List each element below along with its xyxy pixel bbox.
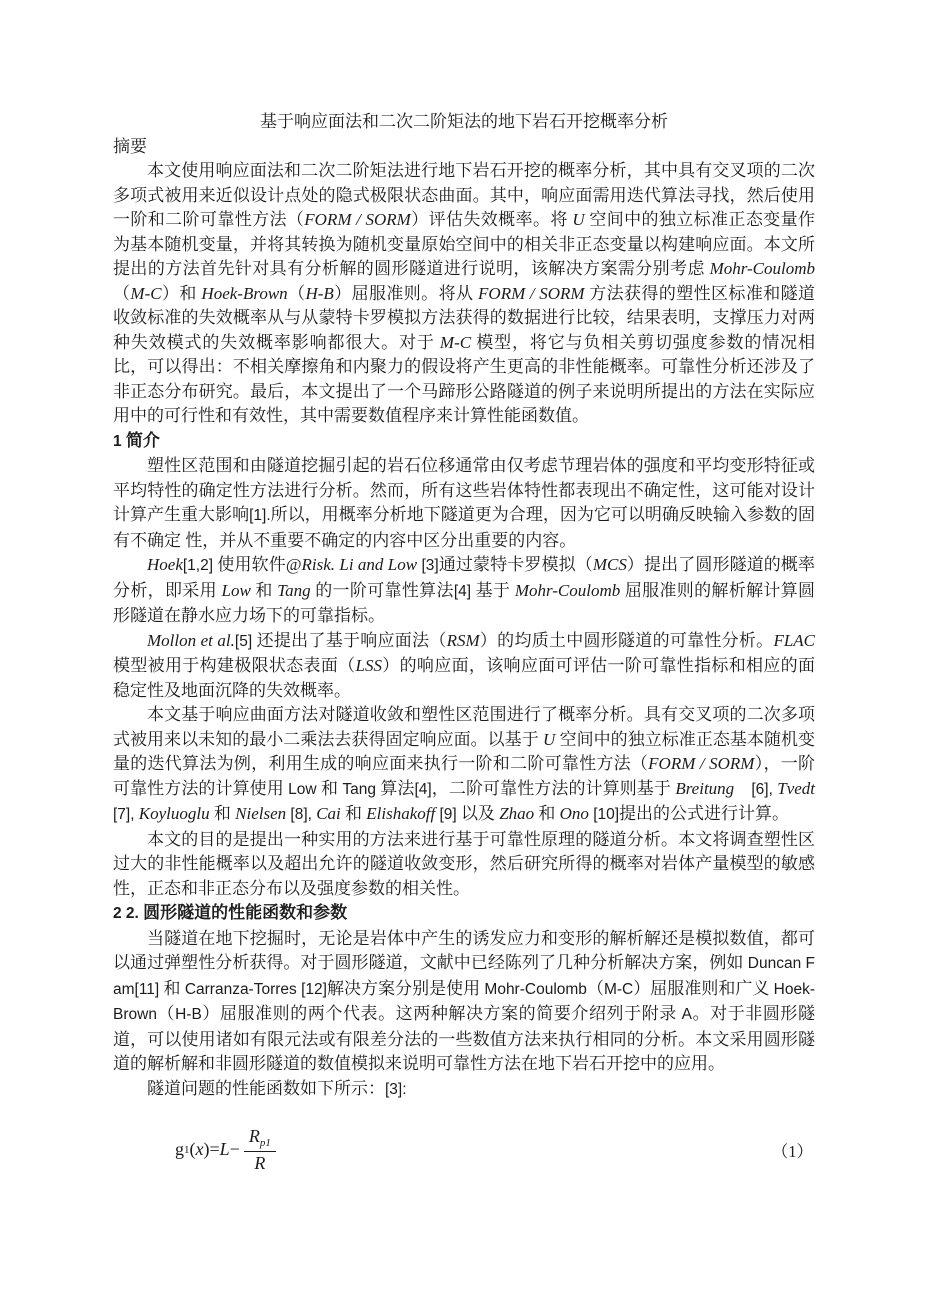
text-run: FORM / SORM — [478, 284, 585, 303]
text-run: Zhao — [499, 804, 534, 823]
text-run: 算法 — [376, 779, 415, 798]
text-run: [4] — [414, 781, 431, 798]
text-run — [734, 779, 751, 798]
abstract-label: 摘要 — [113, 135, 815, 160]
text-run: FORM / SORM — [304, 210, 411, 229]
text-run: ）和 — [162, 284, 202, 303]
text-run: 2 2. — [113, 905, 143, 922]
text-run: [9] — [439, 806, 456, 823]
paragraph-tunnel-solutions: 当隧道在地下挖掘时，无论是岩体中产生的诱发应力和变形的解析解还是模拟数值，都可以… — [113, 927, 815, 1077]
text-run: R — [254, 1153, 265, 1173]
equation-lhs: g1(x) = L − — [175, 1139, 240, 1160]
text-run: 通过蒙特卡罗模拟（ — [439, 555, 593, 574]
text-run: Cai — [316, 804, 341, 823]
text-run: 1 — [113, 433, 126, 450]
text-run: Nielsen — [235, 804, 286, 823]
text-run: ）的均质土中圆形隧道的可靠性分析。 — [480, 631, 774, 650]
text-run: Low — [288, 781, 316, 798]
text-run: （ — [157, 1004, 175, 1023]
text-run: 本文的目的是提出一种实用的方法来进行基于可靠性原理的隧道分析。本文将调查塑性区过… — [113, 830, 815, 898]
document-page: 基于响应面法和二次二阶矩法的地下岩石开挖概率分析 摘要 本文使用响应面法和二次二… — [0, 0, 926, 1309]
text-run: 基于 — [471, 581, 515, 600]
paragraph-hoek-li-low: Hoek[1,2] 使用软件@Risk. Li and Low [3]通过蒙特卡… — [113, 553, 815, 629]
text-run: LSS — [356, 656, 382, 675]
text-run: M-C — [130, 284, 161, 303]
text-run: 的一阶可靠性算法 — [311, 581, 454, 600]
text-run: 和 — [317, 779, 343, 798]
text-run: [3] — [421, 557, 438, 574]
text-run: RSM — [447, 631, 480, 650]
text-run: ）评估失效概率。将 — [411, 210, 573, 229]
text-run: Ono — [560, 804, 589, 823]
text-run: （ — [587, 979, 604, 998]
text-run: − — [230, 1139, 240, 1160]
text-run: Tang — [342, 781, 376, 798]
text-run: ，二阶可靠性方法的计算则基于 — [432, 779, 676, 798]
text-run: U — [543, 730, 555, 749]
equation-fraction: Rp1 R — [244, 1126, 276, 1173]
fraction-numerator: Rp1 — [244, 1126, 276, 1152]
section-2-heading: 2 2. 圆形隧道的性能函数和参数 — [113, 901, 815, 927]
paragraph-intro-uncertainty: 塑性区范围和由隧道挖掘引起的岩石位移通常由仅考虑节理岩体的强度和平均变形特征或平… — [113, 454, 815, 553]
text-run: = — [210, 1139, 220, 1160]
text-run: Low — [222, 581, 251, 600]
text-run: 提出的公式进行计算。 — [619, 804, 789, 823]
text-run: MCS — [593, 555, 627, 574]
text-run: M-C — [440, 333, 471, 352]
text-run: M-C — [604, 981, 633, 998]
text-run: [4] — [454, 583, 471, 600]
text-run: [1,2] — [183, 557, 213, 574]
text-run: H-B — [305, 284, 333, 303]
text-run: [5] — [235, 633, 252, 650]
text-run: [3]: — [385, 1081, 407, 1098]
text-run: H-B — [175, 1006, 202, 1023]
fraction-denominator: R — [254, 1152, 265, 1174]
text-run: 模型被用于构建极限状态表面（ — [113, 656, 356, 675]
text-run: 简介 — [126, 431, 160, 450]
text-run: 和 — [210, 804, 236, 823]
text-run: （ — [288, 284, 306, 303]
text-run: R — [249, 1126, 260, 1146]
text-run: FLAC — [773, 631, 815, 650]
text-run: Mohr-Coulomb — [710, 259, 815, 278]
text-run: 以及 — [457, 804, 500, 823]
text-run: 使用软件@ — [213, 555, 301, 574]
text-run: [6], — [751, 781, 773, 798]
equation-1: g1(x) = L − Rp1 R （1） — [113, 1120, 815, 1180]
equation-expression: g1(x) = L − Rp1 R — [175, 1126, 276, 1173]
equation-number: （1） — [772, 1138, 813, 1162]
document-title: 基于响应面法和二次二阶矩法的地下岩石开挖概率分析 — [113, 110, 815, 135]
text-run: FORM / SORM — [648, 754, 754, 773]
text-run: 当隧道在地下挖掘时，无论是岩体中产生的诱发应力和变形的解析解还是模拟数值，都可以… — [113, 929, 815, 973]
text-run: p1 — [260, 1137, 271, 1149]
text-run: 和 — [251, 581, 277, 600]
text-run: [1]. — [249, 507, 271, 524]
text-run: 圆形隧道的性能函数和参数 — [143, 903, 347, 922]
text-run: 解决方案分别是使用 — [327, 979, 484, 998]
text-run: Mohr-Coulomb — [515, 581, 620, 600]
text-run: Carranza-Torres [12] — [185, 981, 327, 998]
paragraph-purpose: 本文的目的是提出一种实用的方法来进行基于可靠性原理的隧道分析。本文将调查塑性区过… — [113, 828, 815, 902]
text-run: [10] — [593, 806, 619, 823]
text-run: 隧道问题的性能函数如下所示： — [147, 1079, 385, 1098]
text-run: ）屈服准则和广义 — [633, 979, 773, 998]
document-content: 基于响应面法和二次二阶矩法的地下岩石开挖概率分析 摘要 本文使用响应面法和二次二… — [113, 110, 815, 1180]
paragraph-method-form-sorm: 本文基于响应曲面方法对隧道收敛和塑性区范围进行了概率分析。具有交叉项的二次多项式… — [113, 703, 815, 828]
text-run: 和 — [534, 804, 560, 823]
text-run: Mohr-Coulomb — [484, 981, 587, 998]
text-run: 和 — [341, 804, 367, 823]
text-run: [7], — [113, 806, 135, 823]
text-run: ）屈服准则。将从 — [334, 284, 478, 303]
text-run: （ — [113, 284, 130, 303]
text-run: Hoek-Brown — [201, 284, 287, 303]
text-run: [8], — [290, 806, 312, 823]
text-run: Tang — [277, 581, 310, 600]
text-run: Breitung — [675, 779, 734, 798]
text-run: U — [572, 210, 584, 229]
text-run: 和 — [159, 979, 185, 998]
text-run: Mollon et al. — [147, 631, 235, 650]
text-run: g — [175, 1139, 184, 1160]
text-run: L — [220, 1139, 230, 1160]
text-run: x — [196, 1139, 204, 1160]
text-run: Risk. Li and Low — [302, 555, 418, 574]
text-run: Tvedt — [777, 779, 815, 798]
section-1-heading: 1 简介 — [113, 429, 815, 455]
text-run: Koyluoglu — [139, 804, 210, 823]
text-run: Elishakoff — [366, 804, 435, 823]
text-run: Hoek — [147, 555, 183, 574]
paragraph-performance-function-intro: 隧道问题的性能函数如下所示：[3]: — [113, 1077, 815, 1103]
paragraph-mollon-rsm: Mollon et al.[5] 还提出了基于响应面法（RSM）的均质土中圆形隧… — [113, 629, 815, 704]
text-run: A — [682, 1006, 692, 1023]
text-run: 还提出了基于响应面法（ — [252, 631, 446, 650]
text-run: ）屈服准则的两个代表。这两种解决方案的简要介绍列于附录 — [202, 1004, 682, 1023]
abstract-paragraph: 本文使用响应面法和二次二阶矩法进行地下岩石开挖的概率分析，其中具有交叉项的二次多… — [113, 159, 815, 429]
